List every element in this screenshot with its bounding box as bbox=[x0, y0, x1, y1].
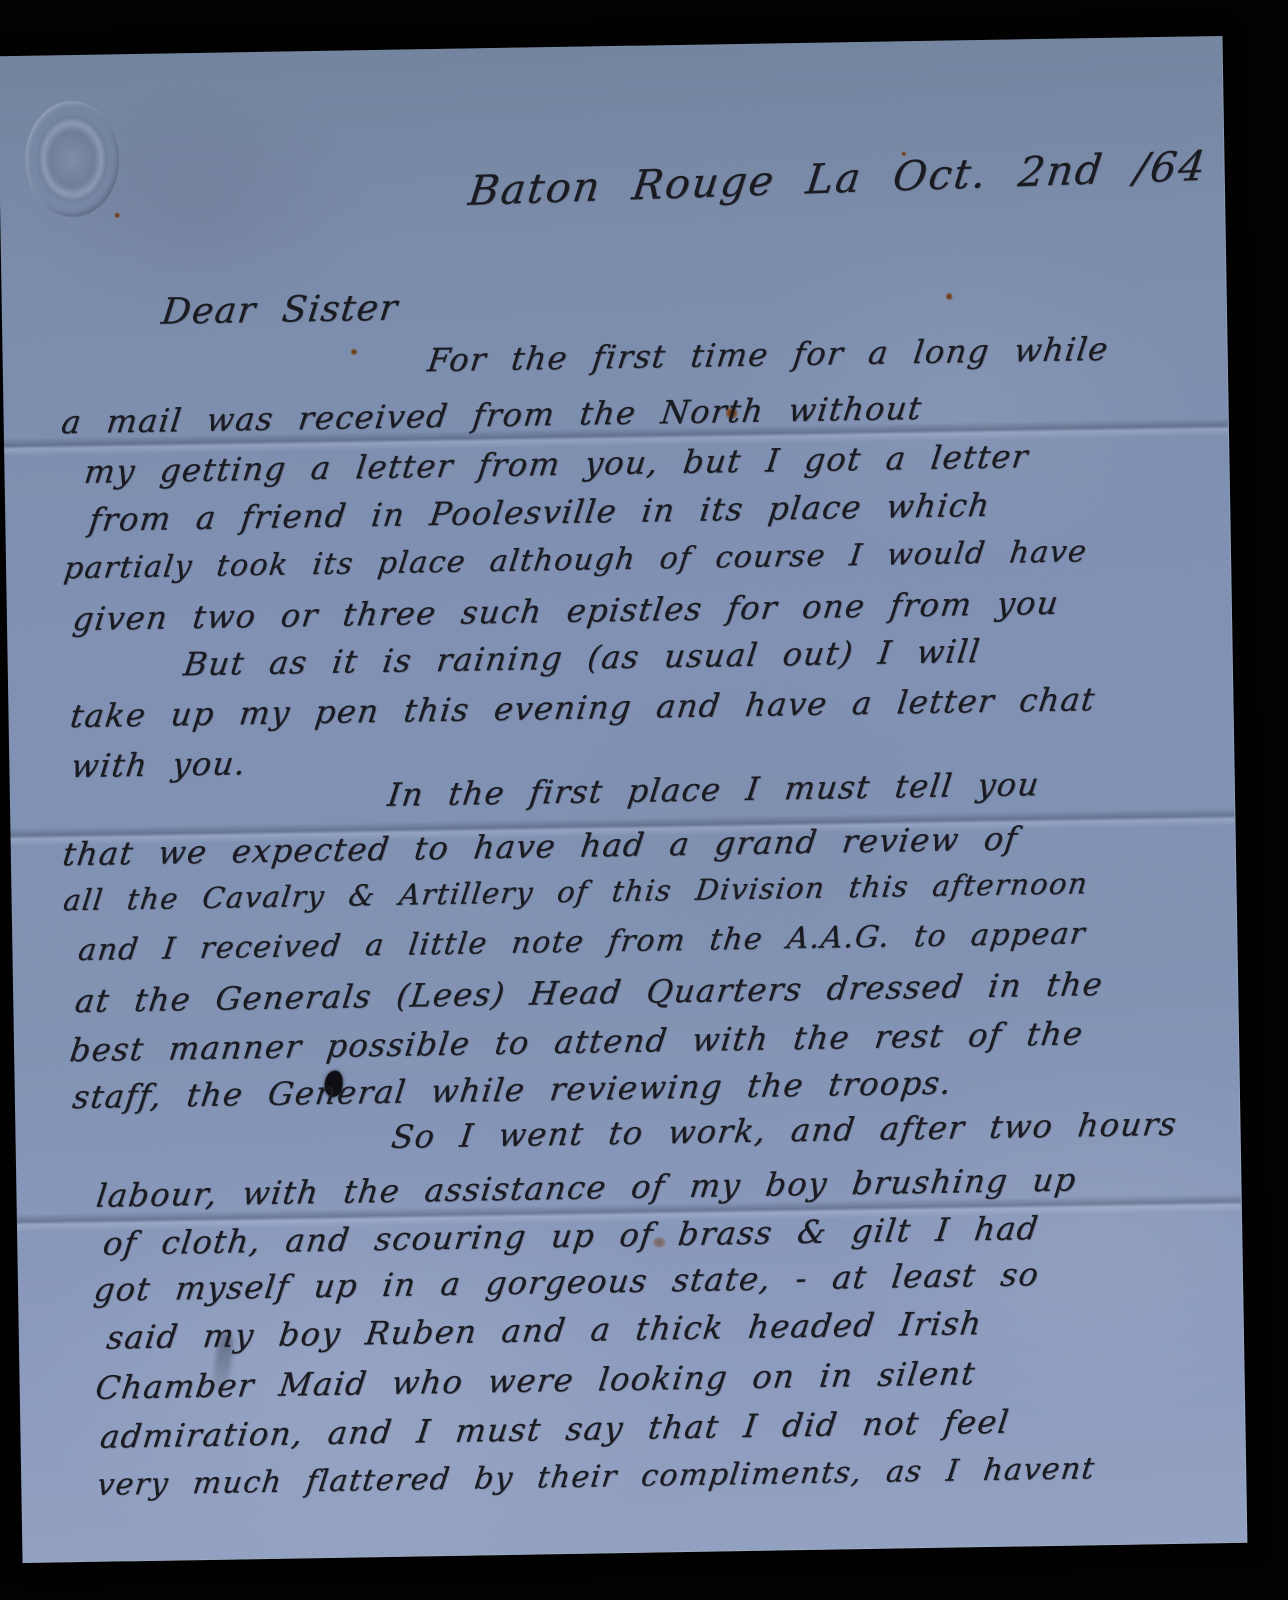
letter-line: So I went to work, and after two hours bbox=[389, 1105, 1179, 1156]
letter-page: Baton Rouge La Oct. 2nd /64 Dear Sister … bbox=[0, 36, 1247, 1563]
letter-line: got myself up in a gorgeous state, - at … bbox=[92, 1255, 1042, 1309]
letter-line: said my boy Ruben and a thick headed Iri… bbox=[104, 1304, 984, 1357]
letter-line: admiration, and I must say that I did no… bbox=[98, 1403, 1012, 1456]
letter-line: partialy took its place although of cour… bbox=[62, 534, 1089, 586]
letter-line: and I received a little note from the A.… bbox=[76, 916, 1088, 968]
letter-line: very much flattered by their compliments… bbox=[95, 1451, 1097, 1503]
letter-line: take up my pen this evening and have a l… bbox=[68, 680, 1098, 735]
foxing-spot bbox=[114, 212, 120, 218]
letter-line: For the first time for a long while bbox=[425, 330, 1111, 379]
letter-line: staff, the General while reviewing the t… bbox=[71, 1064, 955, 1117]
letter-line: at the Generals (Lees) Head Quarters dre… bbox=[73, 965, 1106, 1020]
dateline: Baton Rouge La Oct. 2nd /64 bbox=[466, 142, 1210, 215]
letter-line: with you. bbox=[69, 744, 249, 785]
foxing-spot bbox=[946, 292, 953, 300]
letter-line: But as it is raining (as usual out) I wi… bbox=[181, 632, 983, 683]
letter-line: best manner possible to attend with the … bbox=[68, 1014, 1086, 1069]
embossed-seal-icon bbox=[24, 100, 120, 218]
letter-line: given two or three such epistles for one… bbox=[71, 584, 1062, 638]
letter-scan: Baton Rouge La Oct. 2nd /64 Dear Sister … bbox=[0, 0, 1288, 1600]
salutation: Dear Sister bbox=[159, 288, 400, 333]
foxing-spot bbox=[350, 348, 357, 355]
letter-line: from a friend in Poolesville in its plac… bbox=[87, 486, 993, 539]
letter-line: In the first place I must tell you bbox=[386, 765, 1042, 814]
letter-line: all the Cavalry & Artillery of this Divi… bbox=[61, 866, 1090, 917]
